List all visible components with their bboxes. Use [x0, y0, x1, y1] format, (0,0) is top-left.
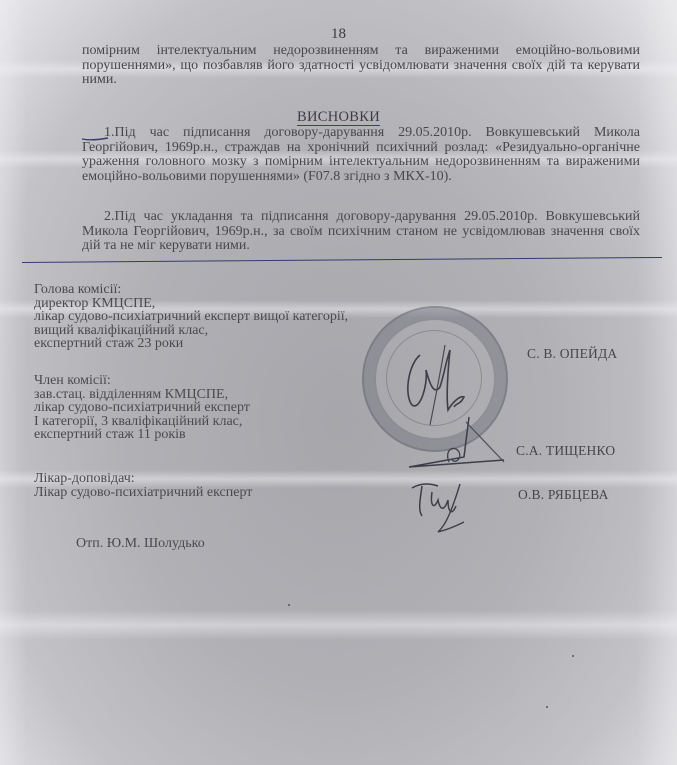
signatory-line: І категорії, 3 кваліфікаційний клас, — [34, 415, 250, 429]
signatory-member: Член комісії: зав.стац. відділенням КМЦС… — [34, 374, 250, 442]
printed-by: Отп. Ю.М. Шолудько — [76, 537, 205, 551]
scanned-page: 18 помірним інтелектуальним недорозвинен… — [0, 0, 677, 765]
scan-speck — [546, 706, 548, 708]
scan-speck — [572, 655, 574, 657]
continued-paragraph: помірним інтелектуальним недорозвиненням… — [82, 44, 640, 88]
scan-streak — [0, 610, 677, 640]
signatory-rapporteur: Лікар-доповідач: Лікар судово-психіатрич… — [34, 472, 252, 499]
signatory-role: Лікар-доповідач: — [34, 472, 252, 486]
signatory-line: експертний стаж 23 роки — [34, 337, 348, 351]
page-number: 18 — [0, 26, 677, 43]
signatory-line: вищий кваліфікаційний клас, — [34, 324, 348, 338]
handwritten-underline-mark — [80, 126, 110, 142]
conclusions-heading: ВИСНОВКИ — [0, 109, 677, 126]
signatory-line: зав.стац. відділенням КМЦСПЕ, — [34, 388, 250, 402]
signatory-line: лікар судово-психіатричний експерт — [34, 401, 250, 415]
signatory-name-chair: С. В. ОПЕЙДА — [527, 346, 617, 362]
conclusions-heading-text: ВИСНОВКИ — [297, 109, 380, 126]
signatory-line: експертний стаж 11 років — [34, 428, 250, 442]
signatory-line: Лікар судово-психіатричний експерт — [34, 486, 252, 500]
signatory-name-member: С.А. ТИЩЕНКО — [516, 443, 615, 459]
signatory-name-rapporteur: О.В. РЯБЦЕВА — [518, 487, 609, 503]
scan-speck — [288, 604, 290, 606]
signatory-role: Голова комісії: — [34, 283, 348, 297]
conclusion-item-2: 2.Під час укладання та підписання догово… — [82, 210, 640, 254]
conclusion-item-1: 1.Під час підписання договору-дарування … — [82, 126, 640, 184]
handwritten-blue-line — [22, 257, 662, 263]
signature-riabtseva-icon — [402, 470, 482, 540]
signatory-line: лікар судово-психіатричний експерт вищої… — [34, 310, 348, 324]
signatory-line: директор КМЦСПЕ, — [34, 297, 348, 311]
signatory-chair: Голова комісії: директор КМЦСПЕ, лікар с… — [34, 283, 348, 351]
signatory-role: Член комісії: — [34, 374, 250, 388]
